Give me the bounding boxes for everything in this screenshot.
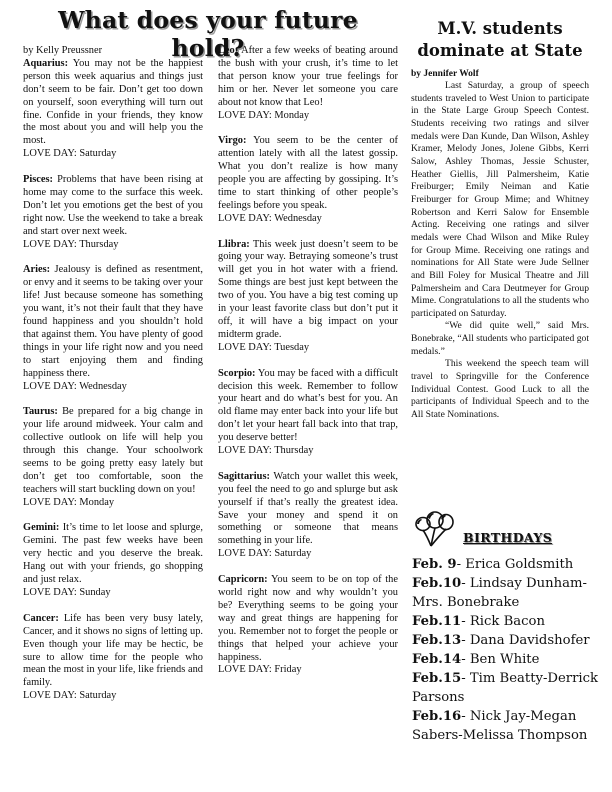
- speech-article-body: Last Saturday, a group of speech student…: [411, 80, 589, 422]
- sign-label: Llibra:: [218, 239, 250, 250]
- birthday-date: Feb.16: [412, 709, 461, 724]
- love-day: LOVE DAY: Saturday: [23, 690, 203, 703]
- horoscope-entry-leo: Leo: After a few weeks of beating around…: [218, 45, 398, 122]
- birthday-names: - Ben White: [461, 652, 539, 667]
- birthday-names: - Rick Bacon: [461, 614, 545, 629]
- love-day: LOVE DAY: Saturday: [23, 148, 203, 161]
- horoscope-entry-aries: Aries: Jealousy is defined as resentment…: [23, 264, 203, 393]
- horoscope-text: Jealousy is defined as resentment, or en…: [23, 264, 203, 378]
- birthday-date: Feb.14: [412, 652, 461, 667]
- speech-article-byline: by Jennifer Wolf: [411, 69, 479, 79]
- horoscope-text: After a few weeks of beating around the …: [218, 45, 398, 108]
- speech-article-title: M.V. students dominate at State: [410, 18, 590, 62]
- love-day: LOVE DAY: Monday: [218, 110, 398, 123]
- sign-label: Aries:: [23, 264, 50, 275]
- speech-title-line-2: dominate at State: [417, 41, 582, 60]
- birthday-item: Feb.14- Ben White: [412, 650, 607, 669]
- horoscope-entry-cancer: Cancer: Life has been very busy lately, …: [23, 613, 203, 703]
- birthdays-list: Feb. 9- Erica Goldsmith Feb.10- Lindsay …: [412, 555, 607, 745]
- sign-label: Gemini:: [23, 522, 59, 533]
- balloons-icon: [413, 508, 461, 548]
- horoscope-text: Watch your wallet this week, you feel th…: [218, 471, 398, 547]
- sign-label: Cancer:: [23, 613, 59, 624]
- sign-label: Leo:: [218, 45, 238, 56]
- horoscope-byline: by Kelly Preussner: [23, 45, 203, 58]
- love-day: LOVE DAY: Thursday: [218, 445, 398, 458]
- birthday-date: Feb.15: [412, 671, 461, 686]
- horoscope-entry-aquarius: Aquarius: You may not be the happiest pe…: [23, 58, 203, 161]
- birthday-date: Feb. 9: [412, 557, 457, 572]
- birthday-item: Feb.10- Lindsay Dunham-Mrs. Bonebrake: [412, 574, 607, 612]
- birthday-item: Feb.16- Nick Jay-Megan Sabers-Melissa Th…: [412, 707, 607, 745]
- horoscope-entry-virgo: Virgo: You seem to be the center of atte…: [218, 135, 398, 225]
- sign-label: Aquarius:: [23, 58, 68, 69]
- sign-label: Sagittarius:: [218, 471, 270, 482]
- love-day: LOVE DAY: Wednesday: [218, 213, 398, 226]
- birthday-item: Feb.11- Rick Bacon: [412, 612, 607, 631]
- love-day: LOVE DAY: Saturday: [218, 548, 398, 561]
- birthday-names: - Erica Goldsmith: [457, 557, 574, 572]
- love-day: LOVE DAY: Wednesday: [23, 381, 203, 394]
- sign-label: Taurus:: [23, 406, 58, 417]
- birthdays-header: BIRTHDAYS: [413, 508, 552, 548]
- horoscope-entry-pisces: Pisces: Problems that have been rising a…: [23, 174, 203, 251]
- horoscope-text: You may not be the happiest person this …: [23, 58, 203, 146]
- love-day: LOVE DAY: Friday: [218, 664, 398, 677]
- horoscope-text: Life has been very busy lately, Cancer, …: [23, 613, 203, 689]
- birthday-item: Feb. 9- Erica Goldsmith: [412, 555, 607, 574]
- article-paragraph: Last Saturday, a group of speech student…: [411, 80, 589, 320]
- horoscope-text: You seem to be on top of the world right…: [218, 574, 398, 662]
- horoscope-entry-capricorn: Capricorn: You seem to be on top of the …: [218, 574, 398, 677]
- birthday-date: Feb.11: [412, 614, 461, 629]
- birthdays-title: BIRTHDAYS: [463, 530, 552, 545]
- horoscope-entry-scorpio: Scorpio: You may be faced with a difficu…: [218, 368, 398, 458]
- horoscope-entry-libra: Llibra: This week just doesn’t seem to b…: [218, 239, 398, 355]
- horoscope-column-1: by Kelly Preussner Aquarius: You may not…: [23, 45, 203, 716]
- sign-label: Pisces:: [23, 174, 53, 185]
- horoscope-text: This week just doesn’t seem to be going …: [218, 239, 398, 340]
- horoscope-column-2: Leo: After a few weeks of beating around…: [218, 45, 398, 690]
- birthday-date: Feb.13: [412, 633, 461, 648]
- love-day: LOVE DAY: Monday: [23, 497, 203, 510]
- love-day: LOVE DAY: Tuesday: [218, 342, 398, 355]
- sign-label: Virgo:: [218, 135, 246, 146]
- sign-label: Scorpio:: [218, 368, 256, 379]
- article-paragraph: “We did quite well,” said Mrs. Bonebrake…: [411, 320, 589, 358]
- article-paragraph: This weekend the speech team will travel…: [411, 358, 589, 421]
- birthday-names: - Dana Davidshofer: [461, 633, 589, 648]
- horoscope-text: You seem to be the center of attention l…: [218, 135, 398, 211]
- birthday-item: Feb.15- Tim Beatty-Derrick Parsons: [412, 669, 607, 707]
- horoscope-entry-taurus: Taurus: Be prepared for a big change in …: [23, 406, 203, 509]
- birthday-item: Feb.13- Dana Davidshofer: [412, 631, 607, 650]
- speech-title-line-1: M.V. students: [437, 19, 562, 38]
- birthday-date: Feb.10: [412, 576, 461, 591]
- horoscope-entry-sagittarius: Sagittarius: Watch your wallet this week…: [218, 471, 398, 561]
- love-day: LOVE DAY: Thursday: [23, 239, 203, 252]
- sign-label: Capricorn:: [218, 574, 268, 585]
- love-day: LOVE DAY: Sunday: [23, 587, 203, 600]
- horoscope-text: Be prepared for a big change in your lif…: [23, 406, 203, 494]
- horoscope-entry-gemini: Gemini: It’s time to let loose and splur…: [23, 522, 203, 599]
